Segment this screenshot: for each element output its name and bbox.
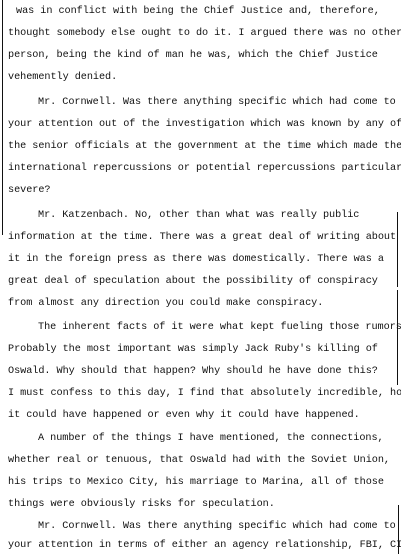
text-line: Mr. Cornwell. Was there anything specifi… xyxy=(38,521,396,532)
text-line: vehemently denied. xyxy=(8,72,117,83)
text-line: Probably the most important was simply J… xyxy=(8,344,378,355)
text-line: Mr. Katzenbach. No, other than what was … xyxy=(38,210,359,221)
text-line: The inherent facts of it were what kept … xyxy=(38,322,401,333)
text-line: your attention out of the investigation … xyxy=(8,119,401,130)
text-line: things were obviously risks for speculat… xyxy=(8,499,275,510)
text-line: it could have happened or even why it co… xyxy=(8,410,360,421)
text-line: it in the foreign press as there was dom… xyxy=(8,254,384,265)
document-page: was in conflict with being the Chief Jus… xyxy=(0,0,401,554)
text-line: information at the time. There was a gre… xyxy=(8,232,396,243)
text-line: from almost any direction you could make… xyxy=(8,298,323,309)
right-margin-bar-2 xyxy=(397,290,398,385)
text-line: Mr. Cornwell. Was there anything specifi… xyxy=(38,97,396,108)
text-line: severe? xyxy=(8,185,50,196)
text-line: thought somebody else ought to do it. I … xyxy=(8,28,401,39)
left-margin-bar xyxy=(2,0,3,235)
text-line: person, being the kind of man he was, wh… xyxy=(8,50,378,61)
text-line: I must confess to this day, I find that … xyxy=(8,388,401,399)
text-line: his trips to Mexico City, his marriage t… xyxy=(8,477,384,488)
text-line: the senior officials at the government a… xyxy=(8,141,401,152)
text-line: international repercussions or potential… xyxy=(8,163,401,174)
text-line: A number of the things I have mentioned,… xyxy=(38,433,384,444)
text-line: your attention in terms of either an age… xyxy=(8,540,401,551)
text-line: was in conflict with being the Chief Jus… xyxy=(16,6,380,17)
text-line: Oswald. Why should that happen? Why shou… xyxy=(8,366,378,377)
text-line: whether real or tenuous, that Oswald had… xyxy=(8,455,390,466)
right-margin-bar-1 xyxy=(397,212,398,287)
text-line: great deal of speculation about the poss… xyxy=(8,276,378,287)
